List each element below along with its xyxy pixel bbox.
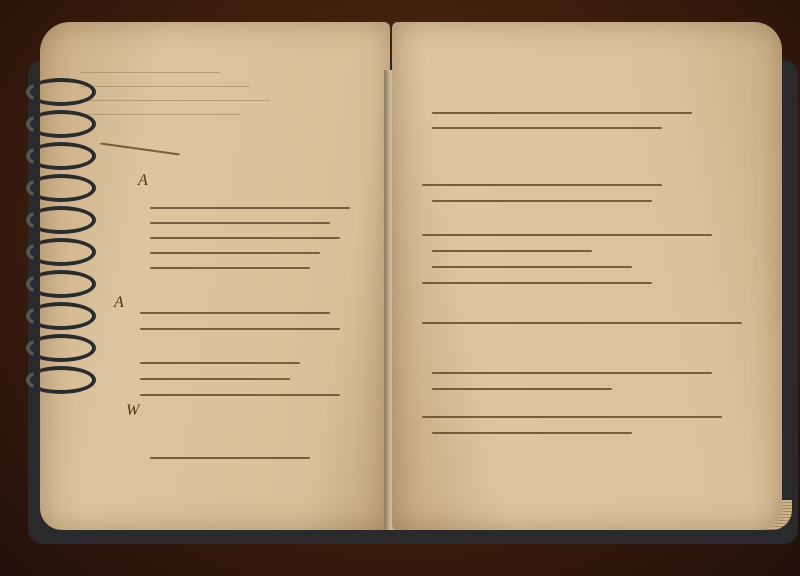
handwritten-mark: W: [126, 402, 139, 420]
handwritten-mark: A: [114, 294, 124, 312]
spiral-binding: [26, 78, 96, 408]
right-page: [392, 22, 782, 530]
handwritten-mark: A: [138, 172, 148, 190]
